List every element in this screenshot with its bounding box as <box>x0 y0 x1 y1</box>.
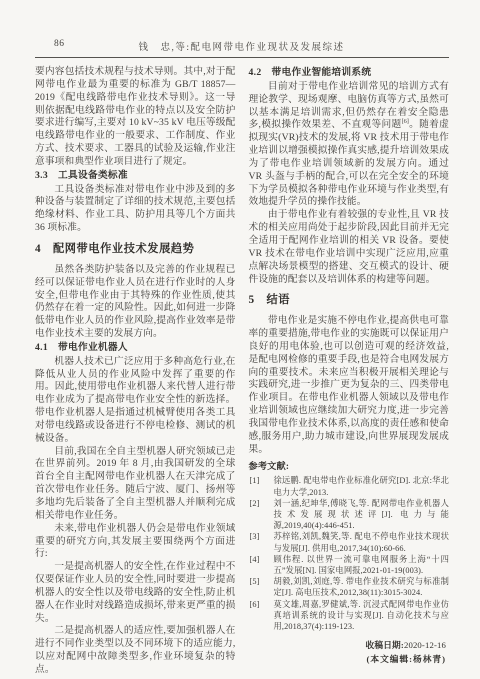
reference-text: 莫文雄,周嘉,罗健斌,等. 沉浸式配网带电作业仿真培训系统的设计与实现[J]. … <box>274 600 450 631</box>
reference-label: [4] <box>250 554 260 565</box>
paragraph-conclusion: 带电作业是实施不停电作业,提高供电可靠率的重要措施,带电作业的实施既可以保证用户… <box>249 315 450 456</box>
reference-label: [2] <box>250 498 260 509</box>
header-rule <box>35 57 449 58</box>
reference-item-2: [2] 刘一涵,纪坤华,傅晓飞,等. 配网带电作业机器人技术发展现状述评[J].… <box>249 498 450 532</box>
reference-item-6: [6] 莫文雄,周嘉,罗健斌,等. 沉浸式配网带电作业仿真培训系统的设计与实现[… <box>249 599 450 633</box>
paragraph-robot-intro: 机器人技术已广泛应用于多种高危行业,在降低从业人员的作业风险中发挥了重要的作用。… <box>35 356 236 446</box>
paragraph-training-text-post: 。随着虚拟现实(VR)技术的发展,将 VR 技术用于带电作业培训以增强模拟操作真… <box>249 119 450 207</box>
scanned-paper-page: 86 钱 忠,等:配电网带电作业现状及发展综述 要内容包括技术规程与技术导则。其… <box>0 0 480 679</box>
section-heading-3-3: 3.3 工具设备类标准 <box>35 170 236 183</box>
reference-item-5: [5] 胡毅,刘凯,刘庭,等. 带电作业技术研究与标准制定[J]. 高电压技术,… <box>249 576 450 598</box>
section-heading-4: 4 配网带电作业技术发展趋势 <box>35 243 236 256</box>
page-header: 86 钱 忠,等:配电网带电作业现状及发展综述 <box>35 39 448 52</box>
paragraph-training-intro: 目前对于带电作业培训常见的培训方式有理论教学、现场观摩、电脑仿真等方式,虽然可以… <box>249 81 450 209</box>
section-heading-4-1: 4.1 带电作业机器人 <box>35 342 236 355</box>
reference-item-3: [3] 苏梓铭,刘凯,魏笑,等. 配电不停电作业技术现状与发展[J]. 供用电,… <box>249 531 450 553</box>
paragraph-trend-intro: 虽然各类防护装备以及完善的作业规程已经可以保证带电作业人员在进行作业时的人身安全… <box>35 264 236 341</box>
running-title: 钱 忠,等:配电网带电作业现状及发展综述 <box>35 39 448 53</box>
paragraph-vr-challenges: 由于带电作业有着较强的专业性,且 VR 技术的相关应用尚处于起步阶段,因此目前并… <box>249 209 450 286</box>
manuscript-info: 收稿日期:2020-12-16 (本文编辑:杨林青) <box>249 639 450 666</box>
received-date-value: 2020-12-16 <box>404 640 446 650</box>
references-list: [1] 徐远鹏. 配电带电作业标准化研究[D]. 北京:华北电力大学,2013.… <box>249 475 450 632</box>
paragraph-robot-status: 目前,我国在全自主型机器人研究领域已走在世界前列。2019 年 8 月,由我国研… <box>35 446 236 523</box>
reference-label: [1] <box>250 475 260 486</box>
reference-text: 顾伟程. 以世界一流可靠电网服务上海“十四五”发展[N]. 国家电网报,2021… <box>274 555 450 575</box>
section-heading-5: 5 结语 <box>249 294 450 307</box>
reference-item-1: [1] 徐远鹏. 配电带电作业标准化研究[D]. 北京:华北电力大学,2013. <box>249 475 450 497</box>
section-heading-4-2: 4.2 带电作业智能培训系统 <box>249 67 450 80</box>
reference-text: 胡毅,刘凯,刘庭,等. 带电作业技术研究与标准制定[J]. 高电压技术,2012… <box>274 577 450 597</box>
paragraph-tool-standards: 工具设备类标准对带电作业中涉及到的多种设备与装置制定了详细的技术规范,主要包括绝… <box>35 184 236 235</box>
references-heading: 参考文献: <box>249 460 450 473</box>
two-column-body: 要内容包括技术规程与技术导则。其中,对于配网带电作业最为重要的标准为 GB/T … <box>35 66 449 677</box>
reference-text: 刘一涵,纪坤华,傅晓飞,等. 配网带电作业机器人技术发展现状述评[J]. 电力与… <box>274 499 450 530</box>
received-date-line: 收稿日期:2020-12-16 <box>249 639 447 653</box>
citation-marker: [6] <box>402 118 409 125</box>
received-date-label: 收稿日期: <box>366 640 404 650</box>
reference-text: 徐远鹏. 配电带电作业标准化研究[D]. 北京:华北电力大学,2013. <box>274 476 450 496</box>
editor-note: (本文编辑:杨林青) <box>249 653 447 667</box>
left-column: 要内容包括技术规程与技术导则。其中,对于配网带电作业最为重要的标准为 GB/T … <box>35 66 236 677</box>
right-column: 4.2 带电作业智能培训系统 目前对于带电作业培训常见的培训方式有理论教学、现场… <box>249 66 450 677</box>
reference-label: [5] <box>250 576 260 587</box>
paragraph-robot-future: 未来,带电作业机器人仍会是带电作业领域重要的研究方向,其发展主要围绕两个方面进行… <box>35 523 236 562</box>
reference-label: [3] <box>250 531 260 542</box>
paragraph-robot-safety: 一是提高机器人的安全性,在作业过程中不仅要保证作业人员的安全性,同时要进一步提高… <box>35 561 236 625</box>
page-number: 86 <box>54 39 65 49</box>
paragraph-robot-adaptability: 二是提高机器人的适应性,要加强机器人在进行不同作业类型以及不同环境下的适应能力,… <box>35 625 236 676</box>
reference-label: [6] <box>250 599 260 610</box>
paragraph-standards-continuation: 要内容包括技术规程与技术导则。其中,对于配网带电作业最为重要的标准为 GB/T … <box>35 66 236 169</box>
reference-item-4: [4] 顾伟程. 以世界一流可靠电网服务上海“十四五”发展[N]. 国家电网报,… <box>249 554 450 576</box>
reference-text: 苏梓铭,刘凯,魏笑,等. 配电不停电作业技术现状与发展[J]. 供用电,2017… <box>274 532 450 552</box>
